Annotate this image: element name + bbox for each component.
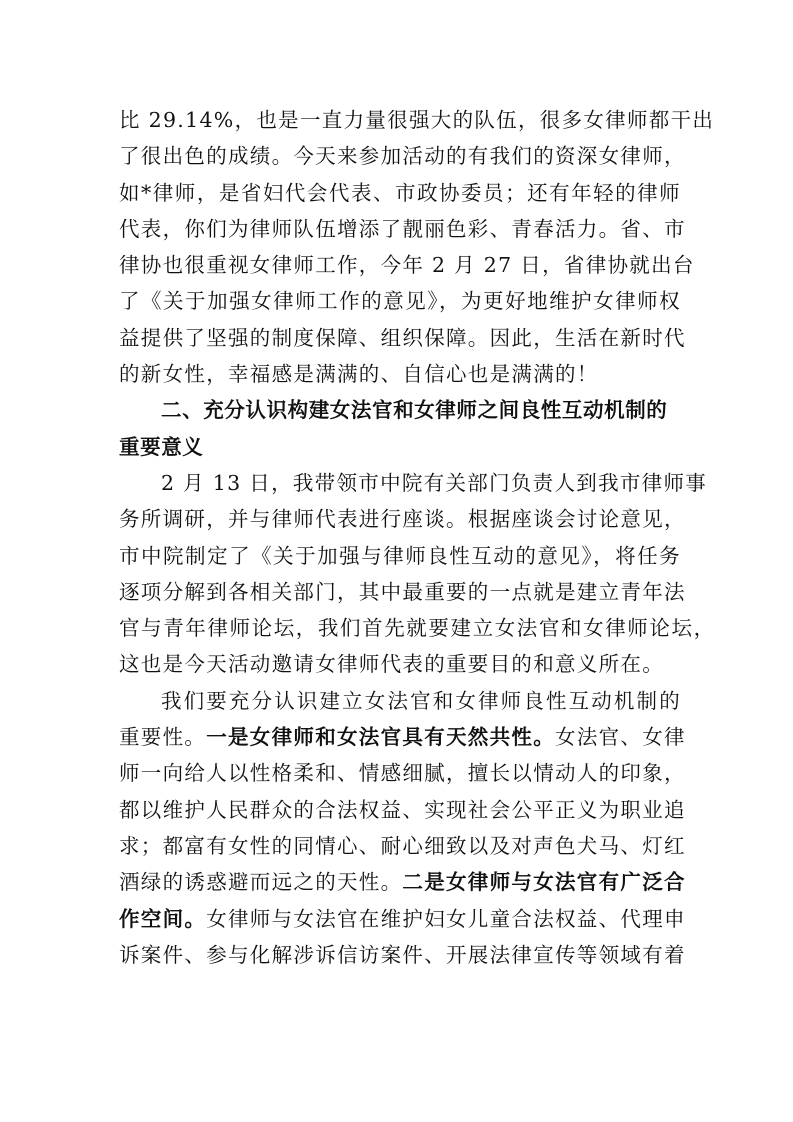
text-line: 的新女性，幸福感是满满的、自信心也是满满的！ [119,356,681,392]
text-line: 求；都富有女性的同情心、耐心细致以及对声色犬马、灯红 [119,828,681,864]
paragraph-women-lawyers-achievements: 比 29.14%，也是一直力量很强大的队伍，很多女律师都干出 了很出色的成绩。今… [119,102,681,392]
paragraph-importance-of-interaction: 我们要充分认识建立女法官和女律师良性互动机制的 重要性。一是女律师和女法官具有天… [119,683,681,973]
text-line: 我们要充分认识建立女法官和女律师良性互动机制的 [119,683,681,719]
text-line: 比 29.14%，也是一直力量很强大的队伍，很多女律师都干出 [119,102,681,138]
text-line: 酒绿的诱惑避而远之的天性。二是女律师与女法官有广泛合 [119,864,681,900]
bold-key-point: 一是女律师和女法官具有天然共性。 [206,725,555,749]
text-line: 官与青年律师论坛，我们首先就要建立女法官和女律师论坛， [119,610,681,646]
section-heading-line: 二、充分认识构建女法官和女律师之间良性互动机制的 [119,392,681,428]
bold-key-point: 作空间。 [119,907,206,931]
text-line: 师一向给人以性格柔和、情感细腻，擅长以情动人的印象， [119,755,681,791]
text-line: 了很出色的成绩。今天来参加活动的有我们的资深女律师， [119,138,681,174]
text-line: 重要性。一是女律师和女法官具有天然共性。女法官、女律 [119,719,681,755]
text-run: 重要性。 [119,725,206,749]
text-line: 这也是今天活动邀请女律师代表的重要目的和意义所在。 [119,646,681,682]
text-line: 都以维护人民群众的合法权益、实现社会公平正义为职业追 [119,792,681,828]
text-line: 市中院制定了《关于加强与律师良性互动的意见》，将任务 [119,538,681,574]
text-line: 诉案件、参与化解涉诉信访案件、开展法律宣传等领域有着 [119,937,681,973]
text-run: 女法官、女律 [555,725,686,749]
section-heading-line: 重要意义 [119,429,681,465]
text-line: 务所调研，并与律师代表进行座谈。根据座谈会讨论意见， [119,501,681,537]
text-line: 益提供了坚强的制度保障、组织保障。因此，生活在新时代 [119,320,681,356]
text-line: 作空间。女律师与女法官在维护妇女儿童合法权益、代理申 [119,901,681,937]
text-line: 代表，你们为律师队伍增添了靓丽色彩、青春活力。省、市 [119,211,681,247]
text-line: 了《关于加强女律师工作的意见》，为更好地维护女律师权 [119,283,681,319]
text-run: 酒绿的诱惑避而远之的天性。 [119,870,402,894]
text-line: 如*律师，是省妇代会代表、市政协委员；还有年轻的律师 [119,175,681,211]
document-page: 比 29.14%，也是一直力量很强大的队伍，很多女律师都干出 了很出色的成绩。今… [119,102,681,973]
paragraph-court-lawyer-forum: 2 月 13 日，我带领市中院有关部门负责人到我市律师事 务所调研，并与律师代表… [119,465,681,683]
text-line: 逐项分解到各相关部门，其中最重要的一点就是建立青年法 [119,574,681,610]
bold-key-point: 二是女律师与女法官有广泛合 [402,870,685,894]
text-line: 2 月 13 日，我带领市中院有关部门负责人到我市律师事 [119,465,681,501]
section-heading: 二、充分认识构建女法官和女律师之间良性互动机制的 重要意义 [119,392,681,465]
text-line: 律协也很重视女律师工作，今年 2 月 27 日，省律协就出台 [119,247,681,283]
text-run: 女律师与女法官在维护妇女儿童合法权益、代理申 [206,907,686,931]
